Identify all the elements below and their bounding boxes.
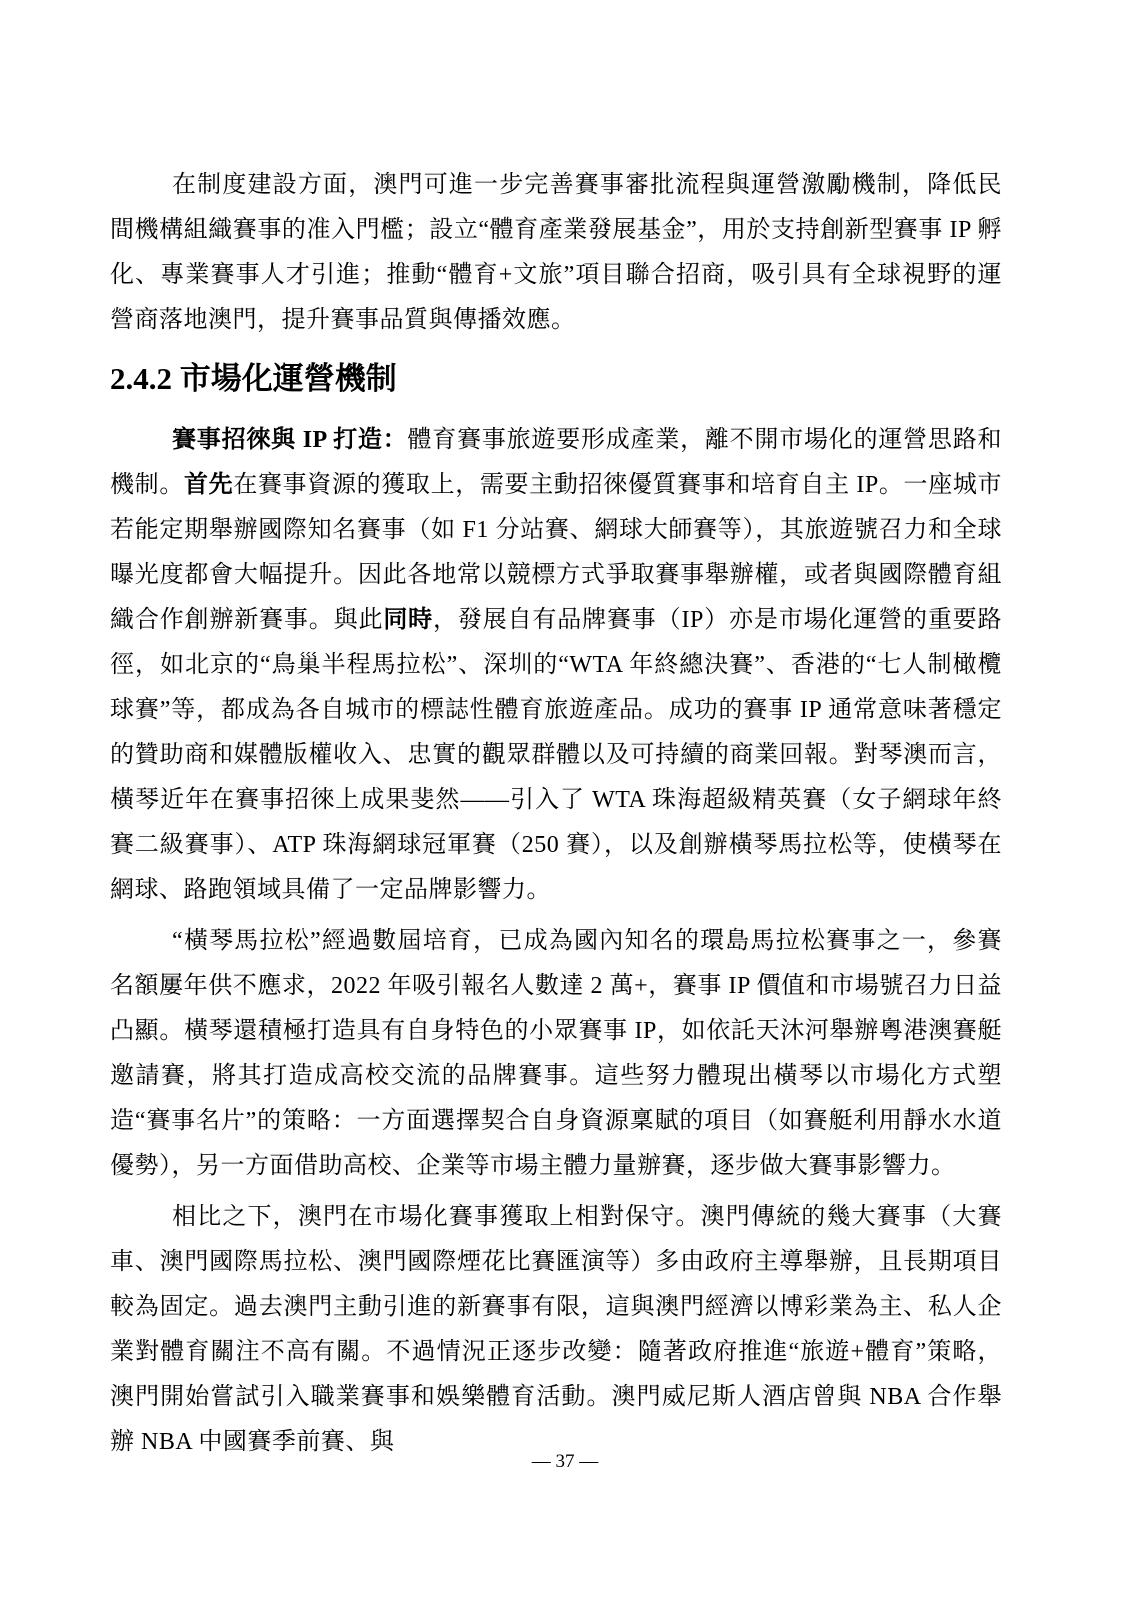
paragraph-event-attraction-ip: 賽事招徠與 IP 打造：體育賽事旅遊要形成產業，離不開市場化的運營思路和機制。首… xyxy=(110,418,1002,913)
intro-paragraph: 在制度建設方面，澳門可進一步完善賽事審批流程與運營激勵機制，降低民間機構組織賽事… xyxy=(110,163,1002,343)
paragraph-macau-comparison: 相比之下，澳門在市場化賽事獲取上相對保守。澳門傳統的幾大賽事（大賽車、澳門國際馬… xyxy=(110,1195,1002,1465)
section-heading-2-4-2: 2.4.2 市場化運營機制 xyxy=(110,356,1002,401)
bold-text-run: 首先 xyxy=(184,472,233,498)
page-body: 在制度建設方面，澳門可進一步完善賽事審批流程與運營激勵機制，降低民間機構組織賽事… xyxy=(110,163,1002,1471)
text-run: 相比之下，澳門在市場化賽事獲取上相對保守。澳門傳統的幾大賽事（大賽車、澳門國際馬… xyxy=(110,1204,1002,1455)
bold-text-run: 賽事招徠與 IP 打造： xyxy=(172,427,408,453)
document-page: { "document": { "intro_paragraph": { "ru… xyxy=(0,0,1130,1600)
text-run: “橫琴馬拉松”經過數屆培育，已成為國內知名的環島馬拉松賽事之一，參賽名額屢年供不… xyxy=(110,928,1002,1179)
text-run: 在制度建設方面，澳門可進一步完善賽事審批流程與運營激勵機制，降低民間機構組織賽事… xyxy=(110,172,1002,333)
bold-text-run: 同時 xyxy=(383,607,433,633)
page-number: — 37 — xyxy=(0,1450,1130,1474)
paragraph-hengqin-marathon: “橫琴馬拉松”經過數屆培育，已成為國內知名的環島馬拉松賽事之一，參賽名額屢年供不… xyxy=(110,919,1002,1189)
text-run: ，發展自有品牌賽事（IP）亦是市場化運營的重要路徑，如北京的“鳥巢半程馬拉松”、… xyxy=(110,607,1002,903)
